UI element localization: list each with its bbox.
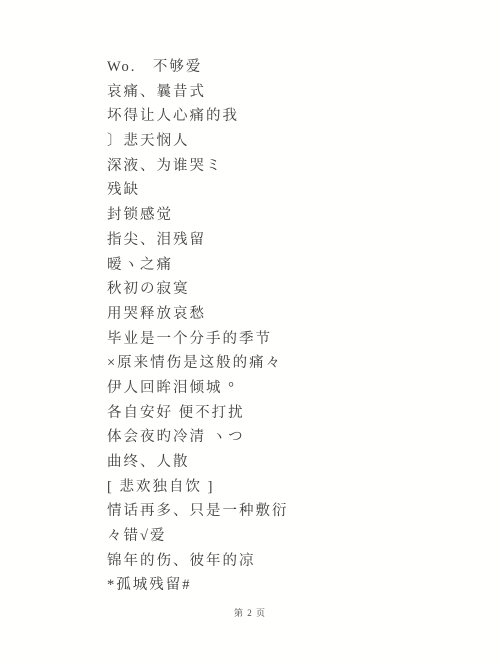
text-line: 曲终、人散 [107,450,480,475]
page-number-label: 第 2 页 [234,608,266,618]
text-line: 伊人回眸泪倾城 ° [107,376,480,401]
text-line: 锦年的伤、彼年的凉 [107,549,480,574]
text-line: 坏得让人心痛的我 [107,104,480,129]
text-line: 情话再多、只是一种敷衍 [107,499,480,524]
text-line: 封锁感觉 [107,203,480,228]
text-line: Wo. 不够爱 [107,55,480,80]
text-line: 指尖、泪残留 [107,228,480,253]
text-line: *孤城残留# [107,573,480,598]
text-line: 各自安好 便不打扰 [107,401,480,426]
text-line: ×原来情伤是这般的痛々 [107,351,480,376]
text-line: 深液、为谁哭ミ [107,154,480,179]
text-line: 哀痛、曩昔式 [107,80,480,105]
page-footer: 第 2 页 [0,603,500,621]
document-page: Wo. 不够爱 哀痛、曩昔式 坏得让人心痛的我 〕悲天悯人 深液、为谁哭ミ 残缺… [0,0,500,666]
text-line: 々错√爱 [107,524,480,549]
text-line: 〕悲天悯人 [107,129,480,154]
text-block: Wo. 不够爱 哀痛、曩昔式 坏得让人心痛的我 〕悲天悯人 深液、为谁哭ミ 残缺… [107,55,480,598]
text-line: 残缺 [107,178,480,203]
text-line: 毕业是一个分手的季节 [107,327,480,352]
text-line: 暧ヽ之痛 [107,253,480,278]
text-line: 用哭释放哀愁 [107,302,480,327]
text-line: [ 悲欢独自饮 ] [107,475,480,500]
text-line: 体会夜旳冷清 ヽつ [107,425,480,450]
text-line: 秋初の寂寞 [107,277,480,302]
